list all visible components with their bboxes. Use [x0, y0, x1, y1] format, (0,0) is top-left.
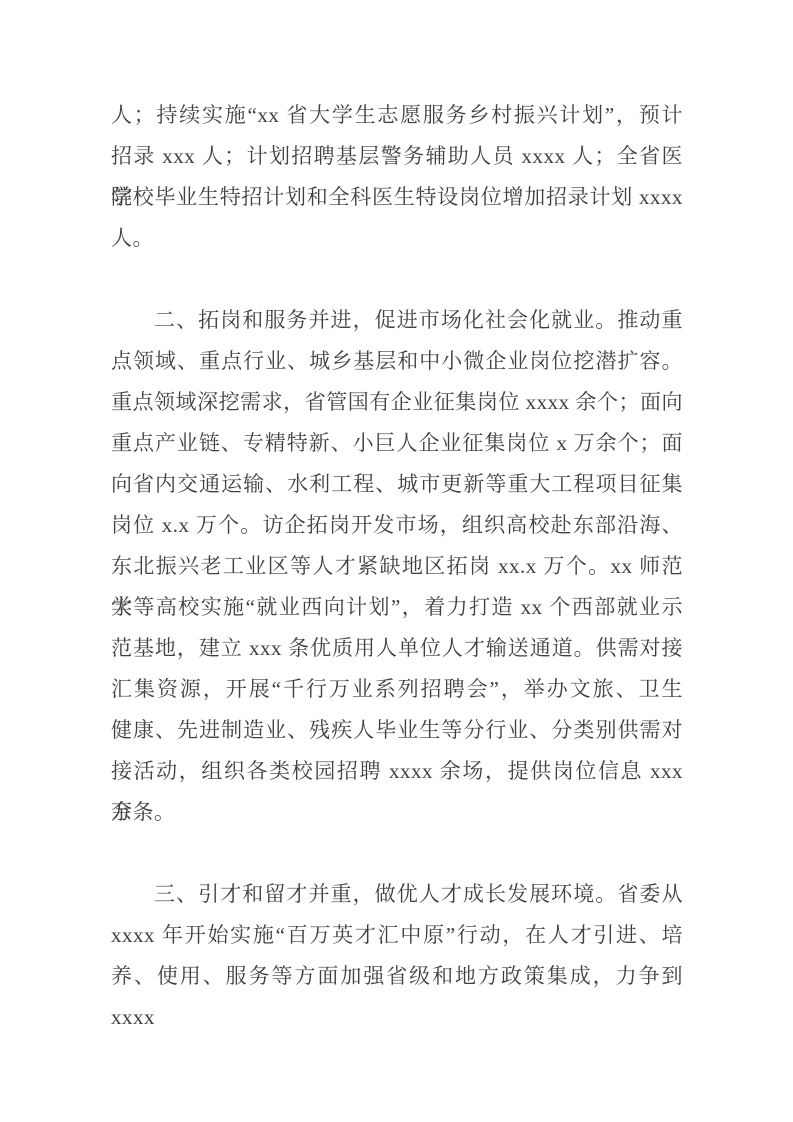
paragraph-1-continuation: 人；持续实施“xx 省大学生志愿服务乡村振兴计划”，预计 招录 xxx 人；计划…: [111, 95, 683, 259]
text-line: 范基地，建立 xxx 条优质用人单位人才输送通道。供需对接: [111, 628, 683, 669]
text-line: 招录 xxx 人；计划招聘基层警务辅助人员 xxxx 人；全省医学: [111, 136, 683, 177]
paragraph-3: 三、引才和留才并重，做优人才成长发展环境。省委从 xxxx 年开始实施“百万英才…: [111, 874, 683, 997]
text-line: 向省内交通运输、水利工程、城市更新等重大工程项目征集: [111, 464, 683, 505]
text-line: 三、引才和留才并重，做优人才成长发展环境。省委从: [111, 874, 683, 915]
paragraph-2: 二、拓岗和服务并进，促进市场化社会化就业。推动重 点领域、重点行业、城乡基层和中…: [111, 300, 683, 833]
document-page: 人；持续实施“xx 省大学生志愿服务乡村振兴计划”，预计 招录 xxx 人；计划…: [0, 0, 793, 1122]
text-line: 人。: [111, 218, 683, 259]
text-line: 东北振兴老工业区等人才紧缺地区拓岗 xx.x 万个。xx 师范大: [111, 546, 683, 587]
text-line: 重点产业链、专精特新、小巨人企业征集岗位 x 万余个；面: [111, 423, 683, 464]
text-line: 人；持续实施“xx 省大学生志愿服务乡村振兴计划”，预计: [111, 95, 683, 136]
text-line: 重点领域深挖需求，省管国有企业征集岗位 xxxx 余个；面向: [111, 382, 683, 423]
text-line: 二、拓岗和服务并进，促进市场化社会化就业。推动重: [111, 300, 683, 341]
text-line: 汇集资源，开展“千行万业系列招聘会”，举办文旅、卫生: [111, 669, 683, 710]
text-line: 养、使用、服务等方面加强省级和地方政策集成，力争到 xxxx: [111, 956, 683, 997]
text-line: 岗位 x.x 万个。访企拓岗开发市场，组织高校赴东部沿海、: [111, 505, 683, 546]
text-line: 点领域、重点行业、城乡基层和中小微企业岗位挖潜扩容。: [111, 341, 683, 382]
text-line: 接活动，组织各类校园招聘 xxxx 余场，提供岗位信息 xxx 余: [111, 751, 683, 792]
text-line: xxxx 年开始实施“百万英才汇中原”行动，在人才引进、培: [111, 915, 683, 956]
text-line: 万条。: [111, 792, 683, 833]
text-line: 学等高校实施“就业西向计划”，着力打造 xx 个西部就业示: [111, 587, 683, 628]
text-line: 院校毕业生特招计划和全科医生特设岗位增加招录计划 xxxx: [111, 177, 683, 218]
text-line: 健康、先进制造业、残疾人毕业生等分行业、分类别供需对: [111, 710, 683, 751]
